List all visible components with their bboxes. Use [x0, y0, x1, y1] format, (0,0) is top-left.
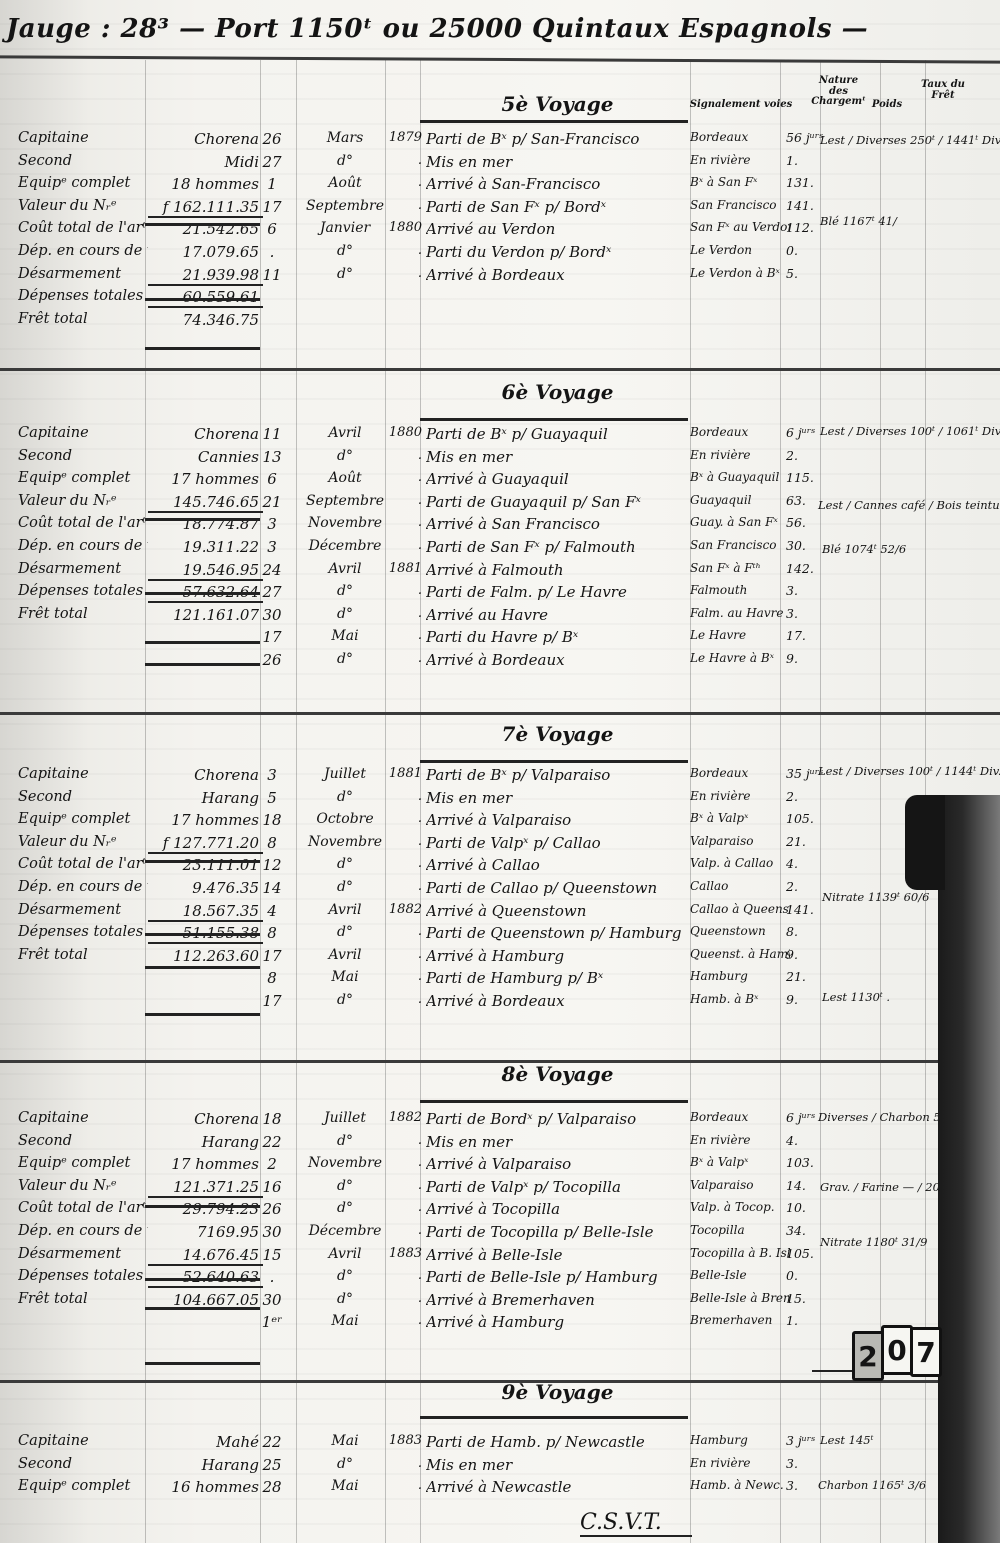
event-year: 1883	[388, 1246, 422, 1261]
event-day: 18	[258, 1110, 286, 1128]
event-day: 24	[258, 561, 286, 579]
event-days: 4.	[786, 856, 812, 871]
event-row: 1ᵉʳMai.Arrivé à HamburgBremerhaven1.	[258, 1313, 818, 1336]
event-description: Parti de Guayaquil p/ San Fˣ	[426, 493, 688, 511]
event-days: 103.	[786, 1155, 812, 1170]
event-days: 17.	[786, 628, 812, 643]
event-description: Parti de Valpˣ p/ Callao	[426, 834, 688, 852]
event-year: .	[388, 1200, 422, 1215]
crew-label: Dép. en cours de vᵍᵉ	[18, 879, 148, 895]
event-row: 3Juillet1881Parti de Bˣ p/ ValparaisoBor…	[258, 766, 818, 789]
event-place: Le Havre à Bˣ	[690, 651, 790, 665]
event-year: .	[388, 1456, 422, 1471]
event-days: 2.	[786, 448, 812, 463]
crew-row: SecondHarang	[18, 789, 263, 812]
event-month: Avril	[300, 902, 390, 918]
event-month: Novembre	[300, 834, 390, 850]
page-number-digit: 2	[852, 1331, 884, 1381]
event-days: 9.	[786, 992, 812, 1007]
event-description: Arrivé à Hamburg	[426, 947, 688, 965]
event-place: San Fˣ à Fᵗʰ	[690, 561, 790, 575]
event-row: 30d°.Arrivé au HavreFalm. au Havre3.	[258, 606, 818, 629]
event-year: .	[388, 834, 422, 849]
crew-label: Dépenses totales	[18, 1268, 148, 1284]
event-day: 11	[258, 266, 286, 284]
crew-label: Coût total de l'arᵗ	[18, 1200, 148, 1216]
crew-row: Valeur du Nᵣᵉ121.371.25	[18, 1178, 263, 1201]
event-month: Août	[300, 175, 390, 191]
event-row: 30Décembre.Parti de Tocopilla p/ Belle-I…	[258, 1223, 818, 1246]
event-day: 2	[258, 1155, 286, 1173]
crew-value: 16 hommes	[148, 1478, 263, 1496]
crew-row: Equipᵉ complet17 hommes	[18, 470, 263, 493]
cargo-entry: Nitrate 1180ᵗ 31/9	[820, 1235, 927, 1249]
event-month: d°	[300, 1268, 390, 1284]
event-description: Arrivé à Newcastle	[426, 1478, 688, 1496]
crew-value: 17 hommes	[148, 811, 263, 829]
event-day: 30	[258, 606, 286, 624]
event-month: Mai	[300, 1313, 390, 1329]
event-month: Avril	[300, 561, 390, 577]
event-row: 17Avril.Arrivé à HamburgQueenst. à Hamb.…	[258, 947, 818, 970]
event-description: Parti de Bˣ p/ Guayaquil	[426, 425, 688, 443]
crew-label: Frêt total	[18, 947, 148, 963]
event-year: .	[388, 1478, 422, 1493]
totals-rule	[145, 663, 260, 666]
crew-value: 18 hommes	[148, 175, 263, 193]
event-description: Mis en mer	[426, 153, 688, 171]
event-place: Hamburg	[690, 1433, 790, 1447]
event-days: 21.	[786, 969, 812, 984]
event-description: Arrivé à Queenstown	[426, 902, 688, 920]
crew-row: Désarmement21.939.98	[18, 266, 263, 289]
event-place: San Francisco	[690, 538, 790, 552]
event-month: Septembre	[300, 198, 390, 214]
event-day: 8	[258, 969, 286, 987]
cargo-nature: Charbon	[818, 1478, 868, 1492]
totals-rule	[145, 966, 260, 969]
totals-rule	[145, 1307, 260, 1310]
crew-row: CapitaineMahé	[18, 1433, 263, 1456]
crew-row: Désarmement19.546.95	[18, 561, 263, 584]
cargo-entry: Lest 145ᵗ	[820, 1433, 873, 1447]
crew-summary: CapitaineMahéSecondHarangEquipᵉ complet1…	[18, 1433, 263, 1501]
event-day: 26	[258, 130, 286, 148]
event-days: 3.	[786, 1456, 812, 1471]
cargo-weight: 145ᵗ	[849, 1433, 874, 1447]
event-month: d°	[300, 856, 390, 872]
event-month: Août	[300, 470, 390, 486]
event-place: Hamb. à Newc.	[690, 1478, 790, 1492]
event-description: Parti de Callao p/ Queenstown	[426, 879, 688, 897]
event-place: Valp. à Tocop.	[690, 1200, 790, 1214]
cargo-nature: Blé	[820, 214, 839, 228]
event-month: d°	[300, 1200, 390, 1216]
crew-value: Chorena	[148, 766, 263, 784]
event-days: 1.	[786, 1313, 812, 1328]
totals-rule	[145, 641, 260, 644]
event-day: 16	[258, 1178, 286, 1196]
event-place: San Fˣ au Verdon	[690, 220, 790, 234]
event-month: d°	[300, 992, 390, 1008]
crew-label: Equipᵉ complet	[18, 811, 148, 827]
section-divider	[0, 368, 1000, 371]
voyage-title-rule	[420, 1100, 688, 1103]
event-year: 1881	[388, 766, 422, 781]
event-day: 3	[258, 515, 286, 533]
event-year: .	[388, 583, 422, 598]
voyage-events: 22Mai1883Parti de Hamb. p/ NewcastleHamb…	[258, 1433, 818, 1501]
crew-summary: CapitaineChorenaSecondCanniesEquipᵉ comp…	[18, 425, 263, 628]
event-month: Mars	[300, 130, 390, 146]
event-month: d°	[300, 1133, 390, 1149]
event-year: 1880	[388, 220, 422, 235]
totals-rule	[145, 1013, 260, 1016]
event-row: 3Novembre.Arrivé à San FranciscoGuay. à …	[258, 515, 818, 538]
crew-value: 112.263.60	[148, 947, 263, 965]
cargo-entry: Lest / Diverses 250ᵗ / 1441ᵗ Divers	[820, 133, 1000, 147]
event-row: 26Mars1879Parti de Bˣ p/ San-FranciscoBo…	[258, 130, 818, 153]
event-row: 8Mai.Parti de Hamburg p/ BˣHamburg21.	[258, 969, 818, 992]
event-month: d°	[300, 924, 390, 940]
column-header-freight-rate: Taux du Frêt	[918, 80, 968, 101]
event-row: 21Septembre.Parti de Guayaquil p/ San Fˣ…	[258, 493, 818, 516]
event-description: Mis en mer	[426, 1456, 688, 1474]
logbook-page: Jauge : 28³ — Port 1150ᵗ ou 25000 Quinta…	[0, 0, 1000, 1543]
crew-value: Harang	[148, 1133, 263, 1151]
event-year: .	[388, 1133, 422, 1148]
event-year: .	[388, 266, 422, 281]
event-description: Arrivé à Valparaiso	[426, 1155, 688, 1173]
event-year: .	[388, 789, 422, 804]
event-month: Mai	[300, 628, 390, 644]
totals-rule	[145, 1362, 260, 1365]
event-day: 17	[258, 947, 286, 965]
crew-value: 19.546.95	[148, 561, 263, 581]
crew-label: Valeur du Nᵣᵉ	[18, 493, 148, 509]
voyage-title-rule	[420, 1416, 688, 1419]
event-days: 142.	[786, 561, 812, 576]
crew-label: Coût total de l'arᵗ	[18, 515, 148, 531]
event-day: 1	[258, 175, 286, 193]
event-description: Parti de Tocopilla p/ Belle-Isle	[426, 1223, 688, 1241]
event-description: Parti de Valpˣ p/ Tocopilla	[426, 1178, 688, 1196]
cargo-nature: Lest	[822, 990, 847, 1004]
event-place: San Francisco	[690, 198, 790, 212]
crew-label: Désarmement	[18, 561, 148, 577]
crew-row: SecondHarang	[18, 1133, 263, 1156]
event-row: 17d°.Arrivé à BordeauxHamb. à Bˣ9.	[258, 992, 818, 1015]
event-description: Parti de Bˣ p/ Valparaiso	[426, 766, 688, 784]
event-row: 25d°.Mis en merEn rivière3.	[258, 1456, 818, 1479]
event-row: 30d°.Arrivé à BremerhavenBelle-Isle à Br…	[258, 1291, 818, 1314]
event-year: .	[388, 947, 422, 962]
event-days: 3.	[786, 583, 812, 598]
event-description: Mis en mer	[426, 448, 688, 466]
voyage-title: 6è Voyage	[430, 380, 685, 404]
event-days: 2.	[786, 879, 812, 894]
event-day: 3	[258, 538, 286, 556]
event-row: 24Avril1881Arrivé à FalmouthSan Fˣ à Fᵗʰ…	[258, 561, 818, 584]
event-place: Belle-Isle	[690, 1268, 790, 1282]
cargo-rate: Divers	[982, 424, 1000, 438]
column-header-itinerary: Signalement voies	[686, 100, 796, 111]
crew-value: 7169.95	[148, 1223, 263, 1241]
event-place: Guayaquil	[690, 493, 790, 507]
event-place: Bˣ à Valpˣ	[690, 811, 790, 825]
voyage-title-rule	[420, 418, 688, 421]
event-day: 17	[258, 992, 286, 1010]
event-day: 14	[258, 879, 286, 897]
cargo-nature: Blé	[822, 542, 841, 556]
event-description: Arrivé à Hamburg	[426, 1313, 688, 1331]
event-days: 0.	[786, 243, 812, 258]
event-year: .	[388, 538, 422, 553]
voyage-title: 5è Voyage	[430, 92, 685, 116]
crew-label: Frêt total	[18, 606, 148, 622]
event-month: Novembre	[300, 515, 390, 531]
totals-rule	[145, 860, 260, 863]
crew-label: Second	[18, 448, 148, 464]
event-days: 9.	[786, 651, 812, 666]
event-days: 63.	[786, 493, 812, 508]
crew-row: Désarmement14.676.45	[18, 1246, 263, 1269]
crew-value: f 127.771.20	[148, 834, 263, 854]
event-day: 4	[258, 902, 286, 920]
event-year: 1879	[388, 130, 422, 145]
page-number-digit: 0	[881, 1325, 913, 1375]
event-description: Parti de Belle-Isle p/ Hamburg	[426, 1268, 688, 1286]
crew-value: 121.371.25	[148, 1178, 263, 1198]
crew-label: Dép. en cours de vᵍᵉ	[18, 1223, 148, 1239]
event-description: Arrivé à Guayaquil	[426, 470, 688, 488]
event-year: .	[388, 606, 422, 621]
crew-value: Mahé	[148, 1433, 263, 1451]
event-year: .	[388, 1291, 422, 1306]
event-place: Bordeaux	[690, 130, 790, 144]
crew-label: Frêt total	[18, 311, 148, 327]
event-month: Janvier	[300, 220, 390, 236]
crew-value: Chorena	[148, 130, 263, 148]
crew-value: 74.346.75	[148, 311, 263, 329]
totals-rule	[145, 1205, 260, 1208]
event-row: 28Mai.Arrivé à NewcastleHamb. à Newc.3.	[258, 1478, 818, 1501]
voyage-title-rule	[420, 760, 688, 763]
event-row: 6Août.Arrivé à GuayaquilBˣ à Guayaquil11…	[258, 470, 818, 493]
event-days: 141.	[786, 902, 812, 917]
crew-value: 9.476.35	[148, 879, 263, 897]
event-month: d°	[300, 606, 390, 622]
event-description: Mis en mer	[426, 1133, 688, 1151]
crew-value: Harang	[148, 1456, 263, 1474]
event-month: Mai	[300, 969, 390, 985]
event-place: Bˣ à Guayaquil	[690, 470, 790, 484]
crew-value: 21.939.98	[148, 266, 263, 286]
event-year: .	[388, 969, 422, 984]
crew-label: Capitaine	[18, 766, 148, 782]
event-year: .	[388, 493, 422, 508]
cargo-weight: 100ᵗ / 1061ᵗ	[910, 424, 978, 438]
voyage-events: 11Avril1880Parti de Bˣ p/ GuayaquilBorde…	[258, 425, 818, 674]
event-row: 2Novembre.Arrivé à ValparaisoBˣ à Valpˣ1…	[258, 1155, 818, 1178]
event-row: 22d°.Mis en merEn rivière4.	[258, 1133, 818, 1156]
event-description: Parti de Hamburg p/ Bˣ	[426, 969, 688, 987]
event-year: .	[388, 198, 422, 213]
cargo-rate: 3/6	[908, 1478, 927, 1492]
event-day: 21	[258, 493, 286, 511]
crew-row: Frêt total121.161.07	[18, 606, 263, 629]
event-place: Bordeaux	[690, 1110, 790, 1124]
event-month: d°	[300, 266, 390, 282]
cargo-entry: Blé 1074ᵗ 52/6	[822, 542, 906, 556]
event-place: En rivière	[690, 448, 790, 462]
event-row: 26d°.Arrivé à BordeauxLe Havre à Bˣ9.	[258, 651, 818, 674]
crew-label: Capitaine	[18, 1110, 148, 1126]
cargo-weight: 100ᵗ / 1144ᵗ	[908, 764, 976, 778]
event-month: Mai	[300, 1478, 390, 1494]
event-row: 8Novembre.Parti de Valpˣ p/ CallaoValpar…	[258, 834, 818, 857]
event-place: Le Havre	[690, 628, 790, 642]
event-day: 30	[258, 1291, 286, 1309]
crew-label: Equipᵉ complet	[18, 175, 148, 191]
event-row: 16d°.Parti de Valpˣ p/ TocopillaValparai…	[258, 1178, 818, 1201]
event-year: .	[388, 448, 422, 463]
event-month: Avril	[300, 947, 390, 963]
cargo-nature: Lest / Diverses	[820, 424, 906, 438]
event-month: Novembre	[300, 1155, 390, 1171]
cargo-weight: 250ᵗ / 1441ᵗ	[910, 133, 978, 147]
event-year: .	[388, 879, 422, 894]
crew-label: Coût total de l'arᵗ	[18, 220, 148, 236]
cargo-weight: 1165ᵗ	[872, 1478, 904, 1492]
event-year: .	[388, 1223, 422, 1238]
event-row: 8d°.Parti de Queenstown p/ HamburgQueens…	[258, 924, 818, 947]
event-description: Arrivé à San Francisco	[426, 515, 688, 533]
event-days: 9.	[786, 947, 812, 962]
voyage-title-rule	[420, 120, 688, 123]
event-year: .	[388, 1155, 422, 1170]
event-month: Mai	[300, 1433, 390, 1449]
event-row: 17Septembre.Parti de San Fˣ p/ BordˣSan …	[258, 198, 818, 221]
cargo-rate: 52/6	[880, 542, 906, 556]
totals-rule	[145, 933, 260, 936]
event-year: .	[388, 153, 422, 168]
crew-value: 19.311.22	[148, 538, 263, 556]
signature: C.S.V.T.	[580, 1510, 692, 1537]
event-day: 12	[258, 856, 286, 874]
crew-row: CapitaineChorena	[18, 130, 263, 153]
crew-value: Midi	[148, 153, 263, 171]
event-place: Belle-Isle à Bremerh.	[690, 1291, 790, 1305]
event-days: 112.	[786, 220, 812, 235]
event-row: 15Avril1883Arrivé à Belle-IsleTocopilla …	[258, 1246, 818, 1269]
event-days: 56.	[786, 515, 812, 530]
event-place: Bˣ à Valpˣ	[690, 1155, 790, 1169]
crew-row: Dép. en cours de vᵍᵉ17.079.65	[18, 243, 263, 266]
crew-row: Frêt total74.346.75	[18, 311, 263, 334]
event-row: 6Janvier1880Arrivé au VerdonSan Fˣ au Ve…	[258, 220, 818, 243]
event-year: 1883	[388, 1433, 422, 1448]
crew-value: 121.161.07	[148, 606, 263, 624]
event-row: 13d°.Mis en merEn rivière2.	[258, 448, 818, 471]
section-divider	[0, 712, 1000, 715]
event-month: Avril	[300, 1246, 390, 1262]
event-place: Hamb. à Bˣ	[690, 992, 790, 1006]
column-headers: Signalement voies Nature des Chargemᵗ Po…	[686, 76, 986, 126]
event-row: 11d°.Arrivé à BordeauxLe Verdon à Bˣ5.	[258, 266, 818, 289]
crew-row: CapitaineChorena	[18, 766, 263, 789]
crew-row: Dép. en cours de vᵍᵉ7169.95	[18, 1223, 263, 1246]
event-month: Décembre	[300, 1223, 390, 1239]
voyage-events: 26Mars1879Parti de Bˣ p/ San-FranciscoBo…	[258, 130, 818, 288]
event-month: d°	[300, 448, 390, 464]
event-year: .	[388, 811, 422, 826]
event-place: En rivière	[690, 153, 790, 167]
event-days: 141.	[786, 198, 812, 213]
event-days: 4.	[786, 1133, 812, 1148]
crew-label: Dépenses totales	[18, 924, 148, 940]
totals-rule	[145, 1278, 260, 1281]
event-year: 1880	[388, 425, 422, 440]
event-place: En rivière	[690, 1133, 790, 1147]
event-description: Arrivé à Falmouth	[426, 561, 688, 579]
crew-row: Valeur du Nᵣᵉf 127.771.20	[18, 834, 263, 857]
crew-row: SecondHarang	[18, 1456, 263, 1479]
event-month: d°	[300, 583, 390, 599]
event-days: 21.	[786, 834, 812, 849]
event-month: d°	[300, 243, 390, 259]
event-place: Le Verdon	[690, 243, 790, 257]
event-month: Décembre	[300, 538, 390, 554]
page-number-sticker: 2 0 7	[852, 1327, 939, 1377]
crew-label: Désarmement	[18, 1246, 148, 1262]
crew-label: Valeur du Nᵣᵉ	[18, 1178, 148, 1194]
crew-label: Capitaine	[18, 1433, 148, 1449]
cargo-weight: 1167ᵗ	[843, 214, 875, 228]
event-place: Bˣ à San Fˣ	[690, 175, 790, 189]
event-row: 27d°.Parti de Falm. p/ Le HavreFalmouth3…	[258, 583, 818, 606]
event-days: 8.	[786, 924, 812, 939]
crew-row: Equipᵉ complet16 hommes	[18, 1478, 263, 1501]
event-description: Parti de Bordˣ p/ Valparaiso	[426, 1110, 688, 1128]
event-day: 13	[258, 448, 286, 466]
crew-value: 17.079.65	[148, 243, 263, 261]
page-header-title: Jauge : 28³ — Port 1150ᵗ ou 25000 Quinta…	[6, 14, 868, 44]
event-day: 5	[258, 789, 286, 807]
cargo-entry: Nitrate 1139ᵗ 60/6	[822, 890, 929, 904]
cargo-nature: Lest	[820, 1433, 845, 1447]
event-year: .	[388, 1178, 422, 1193]
event-days: 115.	[786, 470, 812, 485]
crew-label: Equipᵉ complet	[18, 1155, 148, 1171]
header-rule	[0, 55, 1000, 63]
cargo-entry: Lest / Diverses 100ᵗ / 1144ᵗ Div.	[818, 764, 1000, 778]
event-row: 14d°.Parti de Callao p/ QueenstownCallao…	[258, 879, 818, 902]
event-description: Arrivé à Callao	[426, 856, 688, 874]
cargo-nature: Nitrate	[822, 890, 864, 904]
event-year: .	[388, 1313, 422, 1328]
event-description: Arrivé à Tocopilla	[426, 1200, 688, 1218]
event-month: d°	[300, 1456, 390, 1472]
crew-row: SecondMidi	[18, 153, 263, 176]
cargo-rate: Div.	[980, 764, 1000, 778]
event-place: Queenstown	[690, 924, 790, 938]
crew-value: Harang	[148, 789, 263, 807]
event-place: Falmouth	[690, 583, 790, 597]
event-place: En rivière	[690, 1456, 790, 1470]
event-description: Arrivé à San-Francisco	[426, 175, 688, 193]
crew-value: 14.676.45	[148, 1246, 263, 1266]
